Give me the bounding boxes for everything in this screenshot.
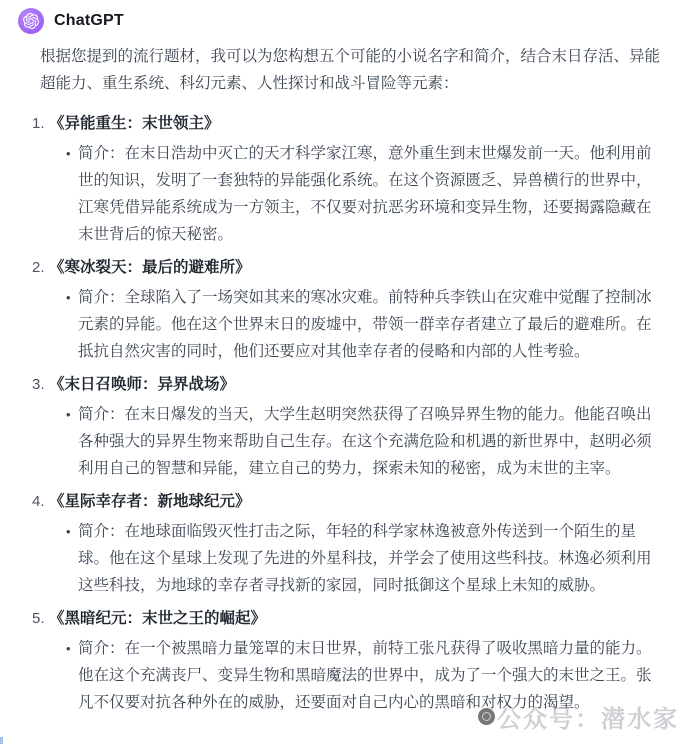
list-item-number: 3.: [32, 372, 49, 398]
list-item: 5. 《黑暗纪元：末世之王的崛起》 • 简介：在一个被黑暗力量笼罩的末日世界，前…: [32, 606, 662, 716]
novel-summary: 简介：在一个被黑暗力量笼罩的末日世界，前特工张凡获得了吸收黑暗力量的能力。他在这…: [78, 635, 662, 716]
novel-title: 《星际幸存者：新地球纪元》: [49, 489, 251, 515]
novel-title: 《末日召唤师：异界战场》: [49, 372, 235, 398]
assistant-message: ChatGPT 根据您提到的流行题材，我可以为您构想五个可能的小说名字和简介，结…: [0, 0, 680, 716]
message-intro: 根据您提到的流行题材，我可以为您构想五个可能的小说名字和简介，结合末日存活、异能…: [40, 43, 662, 97]
novel-summary: 简介：在末日浩劫中灭亡的天才科学家江寒，意外重生到末世爆发前一天。他利用前世的知…: [78, 140, 662, 248]
corner-artifact: [0, 737, 3, 744]
novel-title: 《异能重生：末世领主》: [49, 111, 220, 137]
novel-ideas-list: 1. 《异能重生：末世领主》 • 简介：在末日浩劫中灭亡的天才科学家江寒，意外重…: [32, 111, 662, 716]
openai-logo-icon: [23, 13, 39, 29]
bullet-icon: •: [66, 518, 78, 599]
list-item-number: 1.: [32, 111, 49, 137]
list-item-number: 2.: [32, 255, 49, 281]
novel-title: 《寒冰裂天：最后的避难所》: [49, 255, 251, 281]
list-item: 4. 《星际幸存者：新地球纪元》 • 简介：在地球面临毁灭性打击之际，年轻的科学…: [32, 489, 662, 599]
novel-summary: 简介：在地球面临毁灭性打击之际，年轻的科学家林逸被意外传送到一个陌生的星球。他在…: [78, 518, 662, 599]
novel-summary: 简介：全球陷入了一场突如其来的寒冰灾难。前特种兵李铁山在灾难中觉醒了控制冰元素的…: [78, 284, 662, 365]
list-item-number: 4.: [32, 489, 49, 515]
assistant-name: ChatGPT: [54, 12, 124, 30]
list-item: 2. 《寒冰裂天：最后的避难所》 • 简介：全球陷入了一场突如其来的寒冰灾难。前…: [32, 255, 662, 365]
message-header: ChatGPT: [18, 8, 662, 34]
bullet-icon: •: [66, 401, 78, 482]
chatgpt-avatar: [18, 8, 44, 34]
bullet-icon: •: [66, 140, 78, 248]
list-item: 1. 《异能重生：末世领主》 • 简介：在末日浩劫中灭亡的天才科学家江寒，意外重…: [32, 111, 662, 248]
novel-title: 《黑暗纪元：末世之王的崛起》: [49, 606, 266, 632]
list-item-number: 5.: [32, 606, 49, 632]
novel-summary: 简介：在末日爆发的当天，大学生赵明突然获得了召唤异界生物的能力。他能召唤出各种强…: [78, 401, 662, 482]
message-body: 根据您提到的流行题材，我可以为您构想五个可能的小说名字和简介，结合末日存活、异能…: [40, 43, 662, 716]
list-item: 3. 《末日召唤师：异界战场》 • 简介：在末日爆发的当天，大学生赵明突然获得了…: [32, 372, 662, 482]
bullet-icon: •: [66, 284, 78, 365]
bullet-icon: •: [66, 635, 78, 716]
